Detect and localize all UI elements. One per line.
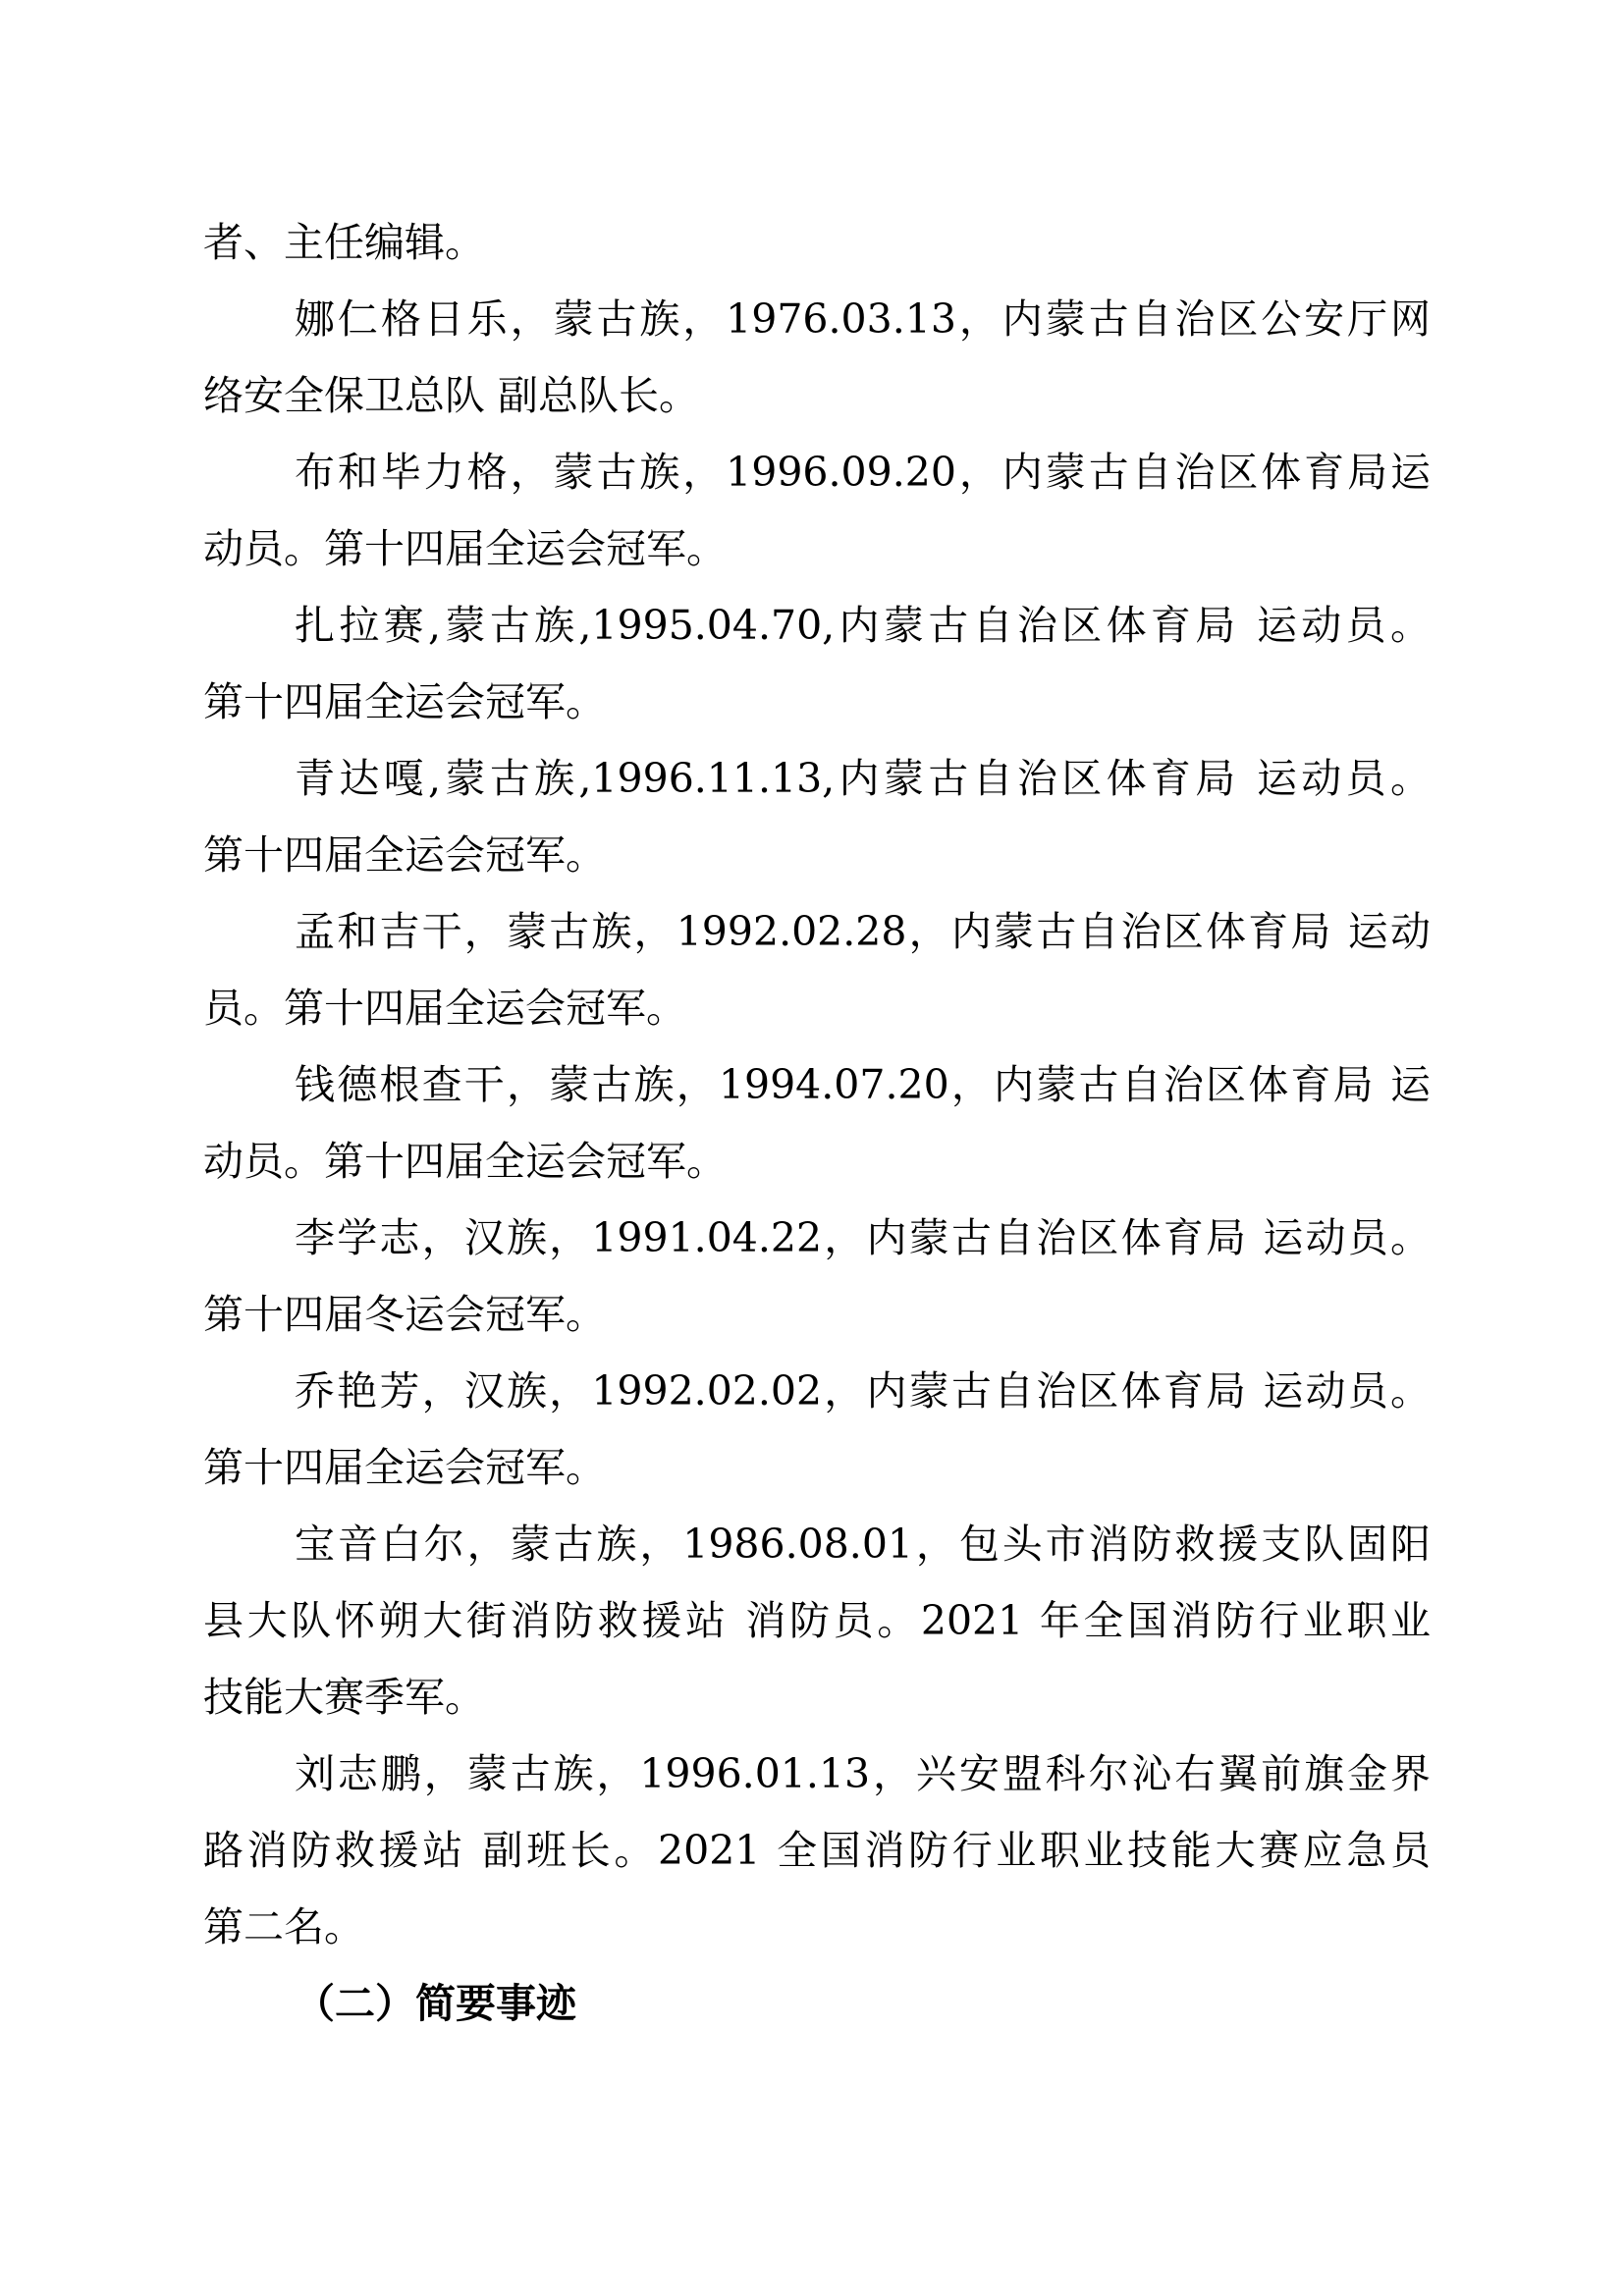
text-line: 第十四届全运会冠军。 [203,664,1431,740]
document-page: 者、主任编辑。 娜仁格日乐，蒙古族，1976.03.13，内蒙古自治区公安厅网 … [0,0,1624,2296]
text-line: 第十四届全运会冠军。 [203,817,1431,893]
text-line: 员。第十四届全运会冠军。 [203,970,1431,1046]
text-line: 县大队怀朔大街消防救援站 消防员。2021 年全国消防行业职业 [203,1582,1431,1659]
text-line: 宝音白尔，蒙古族，1986.08.01，包头市消防救援支队固阳 [203,1506,1431,1582]
text-line: 钱德根查干，蒙古族，1994.07.20，内蒙古自治区体育局 运 [203,1046,1431,1123]
text-line: 络安全保卫总队 副总队长。 [203,357,1431,434]
document-body: 者、主任编辑。 娜仁格日乐，蒙古族，1976.03.13，内蒙古自治区公安厅网 … [203,204,1431,2042]
text-line: 技能大赛季军。 [203,1659,1431,1735]
section-heading: （二）简要事迹 [203,1965,1431,2042]
text-line: 者、主任编辑。 [203,204,1431,281]
text-line: 布和毕力格，蒙古族，1996.09.20，内蒙古自治区体育局运 [203,434,1431,510]
text-line: 青达嘎,蒙古族,1996.11.13,内蒙古自治区体育局 运动员。 [203,740,1431,817]
text-line: 刘志鹏，蒙古族，1996.01.13，兴安盟科尔沁右翼前旗金界 [203,1735,1431,1812]
text-line: 第二名。 [203,1889,1431,1965]
text-line: 孟和吉干，蒙古族，1992.02.28，内蒙古自治区体育局 运动 [203,893,1431,970]
text-line: 第十四届冬运会冠军。 [203,1276,1431,1353]
text-line: 路消防救援站 副班长。2021 全国消防行业职业技能大赛应急员 [203,1812,1431,1889]
text-line: 乔艳芳，汉族，1992.02.02，内蒙古自治区体育局 运动员。 [203,1353,1431,1429]
text-line: 动员。第十四届全运会冠军。 [203,510,1431,587]
text-line: 动员。第十四届全运会冠军。 [203,1123,1431,1200]
text-line: 扎拉赛,蒙古族,1995.04.70,内蒙古自治区体育局 运动员。 [203,587,1431,664]
text-line: 娜仁格日乐，蒙古族，1976.03.13，内蒙古自治区公安厅网 [203,281,1431,357]
text-line: 第十四届全运会冠军。 [203,1429,1431,1506]
text-line: 李学志，汉族，1991.04.22，内蒙古自治区体育局 运动员。 [203,1200,1431,1276]
